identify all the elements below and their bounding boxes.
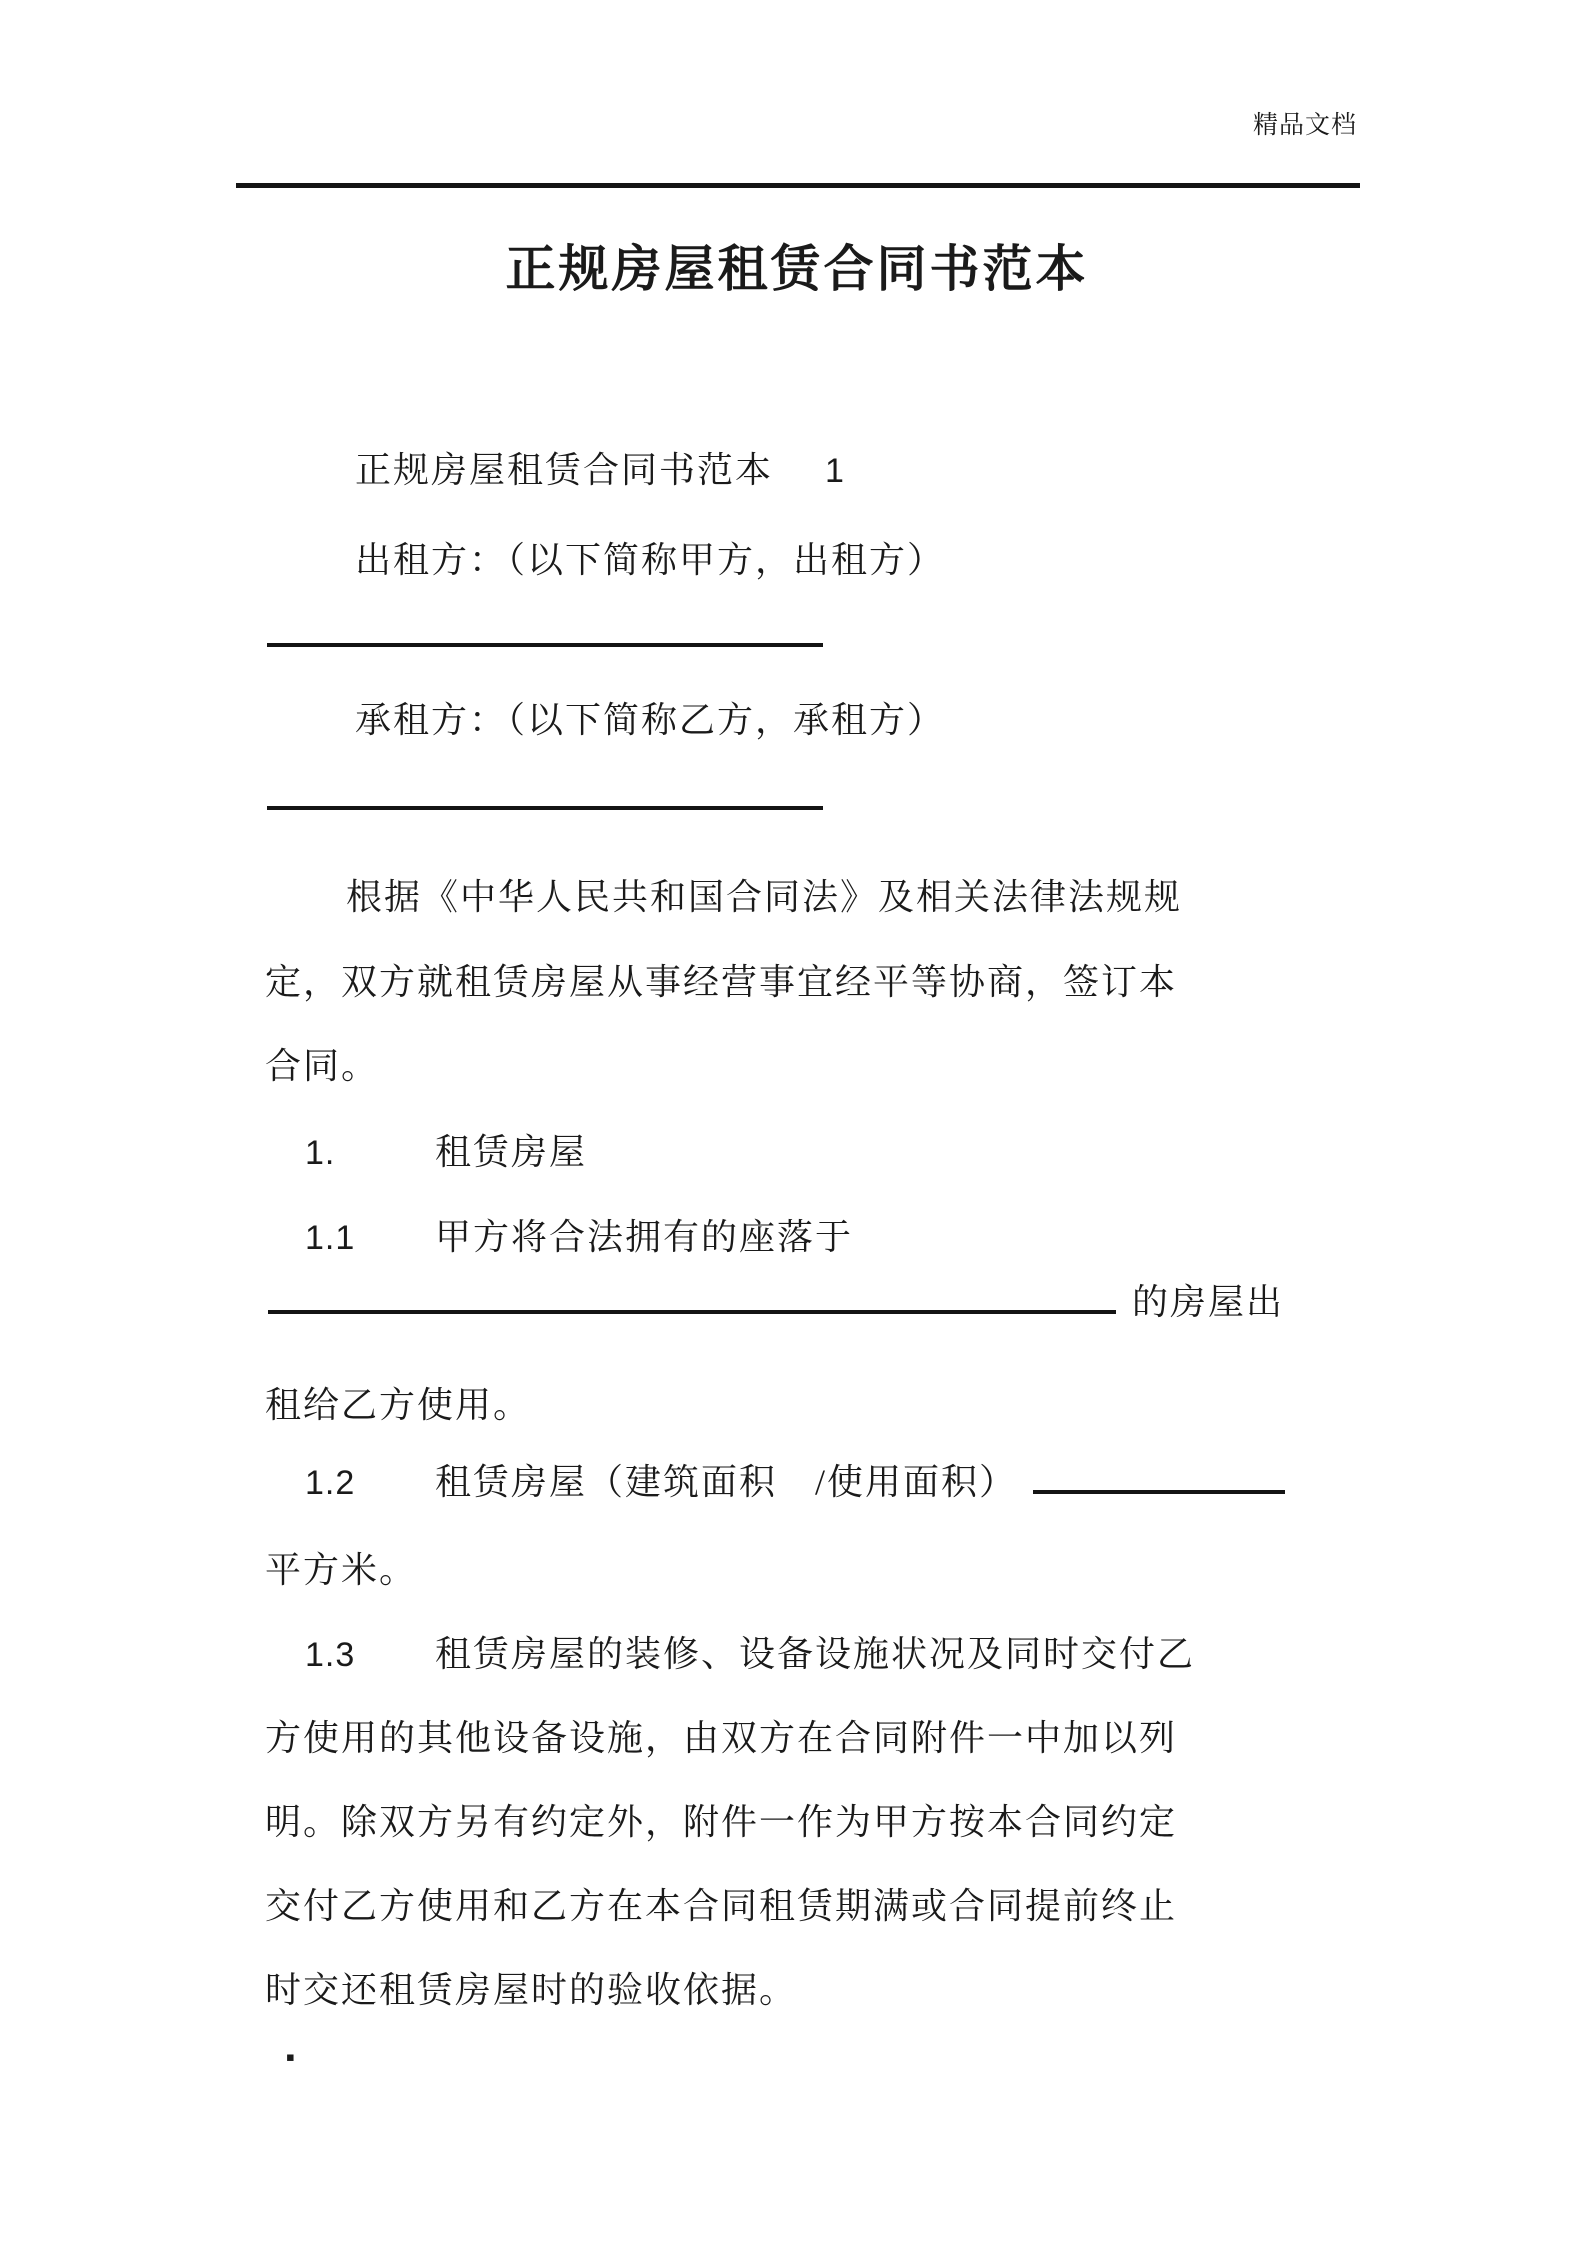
section-1-heading: 租赁房屋 — [435, 1132, 587, 1172]
clause-1-3-number: 1.3 — [305, 1633, 435, 1677]
clause-1-3-row: 1.3租赁房屋的装修、设备设施状况及同时交付乙 — [305, 1632, 1195, 1677]
clause-1-1-text: 甲方将合法拥有的座落于 — [435, 1217, 853, 1257]
clause-1-2-text: 租赁房屋（建筑面积 /使用面积） — [435, 1462, 1017, 1502]
clause-1-1-number: 1.1 — [305, 1216, 435, 1260]
clause-1-2-continuation: 平方米。 — [265, 1548, 417, 1592]
toc-page-number: 1 — [825, 452, 846, 490]
clause-1-3-line-4: 交付乙方使用和乙方在本合同租赁期满或合同提前终止 — [265, 1884, 1177, 1928]
address-blank-line — [268, 1310, 1116, 1314]
clause-1-2-number: 1.2 — [305, 1461, 435, 1505]
clause-1-1-blank-row: 的房屋出 — [268, 1280, 1284, 1324]
preamble-line-3: 合同。 — [265, 1044, 379, 1088]
section-1-number: 1. — [305, 1131, 435, 1175]
clause-1-1-blank-suffix: 的房屋出 — [1132, 1282, 1284, 1322]
preamble-line-1: 根据《中华人民共和国合同法》及相关法律法规规 — [346, 875, 1182, 919]
clause-1-2-row: 1.2租赁房屋（建筑面积 /使用面积） — [305, 1460, 1285, 1505]
lessee-blank-line — [267, 806, 823, 810]
lessor-blank-line — [267, 643, 823, 647]
lessor-line: 出租方：（以下简称甲方，出租方） — [355, 538, 945, 582]
clause-1-3-line-5: 时交还租赁房屋时的验收依据。 — [265, 1968, 797, 2012]
preamble-line-2: 定，双方就租赁房屋从事经营事宜经平等协商，签订本 — [265, 960, 1177, 1004]
clause-1-3-line-3: 明。除双方另有约定外，附件一作为甲方按本合同约定 — [265, 1800, 1177, 1844]
document-page: 精品文档 正规房屋租赁合同书范本 正规房屋租赁合同书范本1 出租方：（以下简称甲… — [0, 0, 1594, 2255]
section-1-heading-row: 1.租赁房屋 — [305, 1130, 587, 1175]
stray-dot: ▪ — [286, 2051, 297, 2064]
toc-entry: 正规房屋租赁合同书范本 — [355, 450, 773, 490]
clause-1-1-row: 1.1甲方将合法拥有的座落于 — [305, 1215, 853, 1260]
watermark-text: 精品文档 — [1253, 112, 1357, 140]
header-rule — [236, 183, 1360, 188]
toc-line: 正规房屋租赁合同书范本1 — [355, 448, 846, 493]
page-title: 正规房屋租赁合同书范本 — [0, 238, 1594, 300]
clause-1-3-line-2: 方使用的其他设备设施，由双方在合同附件一中加以列 — [265, 1716, 1177, 1760]
lessee-line: 承租方：（以下简称乙方，承租方） — [355, 698, 945, 742]
clause-1-1-continuation: 租给乙方使用。 — [265, 1383, 531, 1427]
area-blank-line — [1033, 1490, 1285, 1494]
clause-1-3-line-1: 租赁房屋的装修、设备设施状况及同时交付乙 — [435, 1634, 1195, 1674]
